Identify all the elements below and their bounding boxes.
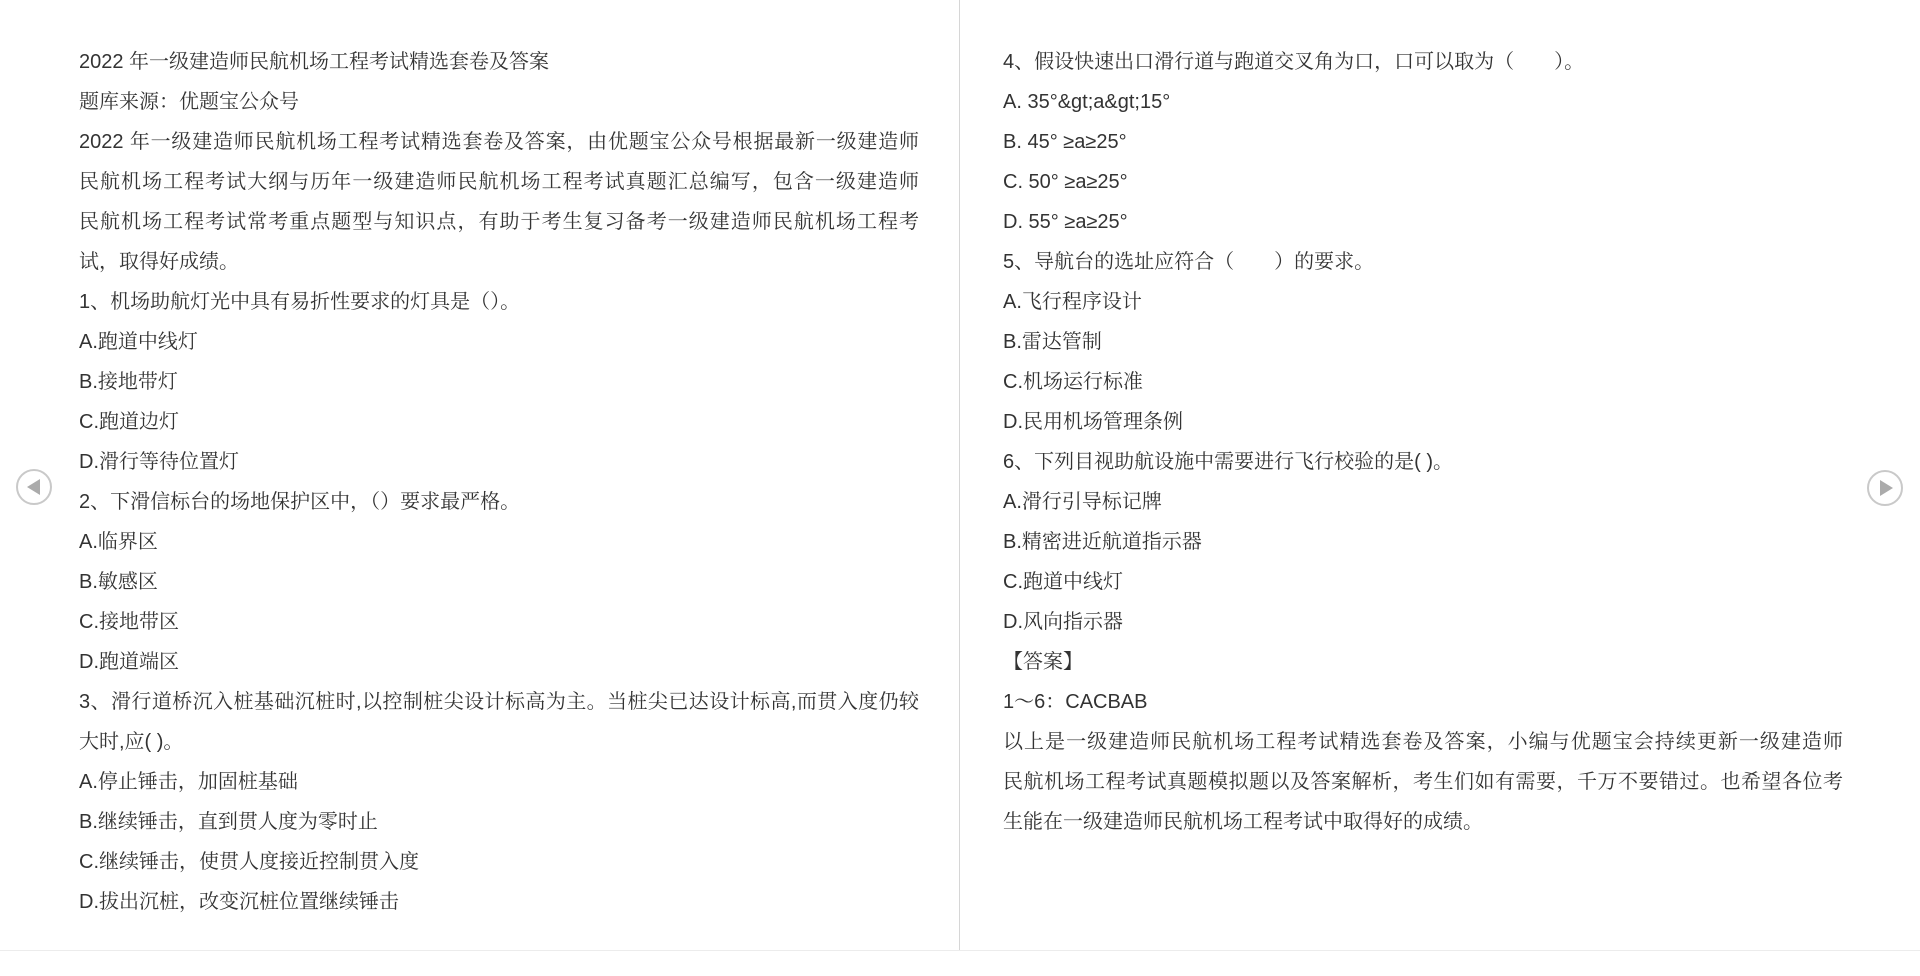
question-6-stem: 6、下列目视助航设施中需要进行飞行校验的是( )。 (1003, 442, 1843, 482)
question-2: 2、下滑信标台的场地保护区中，（）要求最严格。 A.临界区 B.敏感区 C.接地… (79, 482, 919, 682)
next-page-button[interactable] (1867, 470, 1903, 506)
question-1: 1、机场助航灯光中具有易折性要求的灯具是（）。 A.跑道中线灯 B.接地带灯 C… (79, 282, 919, 482)
question-4-option-a: A. 35°&gt;a&gt;15° (1003, 82, 1843, 122)
closing-line: 以上是一级建造师民航机场工程考试精选套卷及答案，小编与优题宝会持续更新一级建造师 (1003, 722, 1843, 762)
closing-line: 生能在一级建造师民航机场工程考试中取得好的成绩。 (1003, 802, 1843, 842)
page-bottom-border (0, 950, 1920, 951)
right-column: 4、假设快速出口滑行道与跑道交叉角为口，口可以取为（ ）。 A. 35°&gt;… (1003, 42, 1843, 842)
intro-line: 2022 年一级建造师民航机场工程考试精选套卷及答案，由优题宝公众号根据最新一级… (79, 122, 919, 162)
closing-line: 民航机场工程考试真题模拟题以及答案解析，考生们如有需要，千万不要错过。也希望各位… (1003, 762, 1843, 802)
question-6-option-c: C.跑道中线灯 (1003, 562, 1843, 602)
question-3-stem-line: 大时,应( )。 (79, 722, 919, 762)
question-2-option-b: B.敏感区 (79, 562, 919, 602)
question-3-option-c: C.继续锤击，使贯人度接近控制贯入度 (79, 842, 919, 882)
question-2-option-a: A.临界区 (79, 522, 919, 562)
question-2-stem: 2、下滑信标台的场地保护区中，（）要求最严格。 (79, 482, 919, 522)
left-triangle-icon (27, 479, 40, 495)
answers-section: 【答案】 1～6：CACBAB (1003, 642, 1843, 722)
source-line: 题库来源：优题宝公众号 (79, 82, 919, 122)
question-5-option-c: C.机场运行标准 (1003, 362, 1843, 402)
left-column: 2022 年一级建造师民航机场工程考试精选套卷及答案 题库来源：优题宝公众号 2… (79, 42, 919, 922)
question-1-option-a: A.跑道中线灯 (79, 322, 919, 362)
question-2-option-d: D.跑道端区 (79, 642, 919, 682)
question-4-option-b: B. 45° ≥a≥25° (1003, 122, 1843, 162)
question-3: 3、滑行道桥沉入桩基础沉桩时,以控制桩尖设计标高为主。当桩尖已达设计标高,而贯入… (79, 682, 919, 922)
question-3-stem-line: 3、滑行道桥沉入桩基础沉桩时,以控制桩尖设计标高为主。当桩尖已达设计标高,而贯入… (79, 682, 919, 722)
question-5-option-a: A.飞行程序设计 (1003, 282, 1843, 322)
answer-key: 1～6：CACBAB (1003, 682, 1843, 722)
document-page: 2022 年一级建造师民航机场工程考试精选套卷及答案 题库来源：优题宝公众号 2… (0, 0, 1920, 976)
question-3-option-a: A.停止锤击，加固桩基础 (79, 762, 919, 802)
question-5-option-b: B.雷达管制 (1003, 322, 1843, 362)
intro-line: 民航机场工程考试常考重点题型与知识点，有助于考生复习备考一级建造师民航机场工程考 (79, 202, 919, 242)
question-4-option-d: D. 55° ≥a≥25° (1003, 202, 1843, 242)
closing-paragraph: 以上是一级建造师民航机场工程考试精选套卷及答案，小编与优题宝会持续更新一级建造师… (1003, 722, 1843, 842)
question-4-stem: 4、假设快速出口滑行道与跑道交叉角为口，口可以取为（ ）。 (1003, 42, 1843, 82)
question-3-option-d: D.拔出沉桩，改变沉桩位置继续锤击 (79, 882, 919, 922)
question-5-stem: 5、导航台的选址应符合（ ）的要求。 (1003, 242, 1843, 282)
document-title: 2022 年一级建造师民航机场工程考试精选套卷及答案 (79, 42, 919, 82)
question-6-option-a: A.滑行引导标记牌 (1003, 482, 1843, 522)
question-3-option-b: B.继续锤击，直到贯人度为零时止 (79, 802, 919, 842)
intro-paragraph: 2022 年一级建造师民航机场工程考试精选套卷及答案，由优题宝公众号根据最新一级… (79, 122, 919, 282)
question-5-option-d: D.民用机场管理条例 (1003, 402, 1843, 442)
column-divider (959, 0, 960, 950)
intro-line: 民航机场工程考试大纲与历年一级建造师民航机场工程考试真题汇总编写，包含一级建造师 (79, 162, 919, 202)
intro-line: 试，取得好成绩。 (79, 242, 919, 282)
question-1-option-c: C.跑道边灯 (79, 402, 919, 442)
question-5: 5、导航台的选址应符合（ ）的要求。 A.飞行程序设计 B.雷达管制 C.机场运… (1003, 242, 1843, 442)
question-6-option-b: B.精密进近航道指示器 (1003, 522, 1843, 562)
question-1-option-d: D.滑行等待位置灯 (79, 442, 919, 482)
right-triangle-icon (1880, 480, 1893, 496)
question-6: 6、下列目视助航设施中需要进行飞行校验的是( )。 A.滑行引导标记牌 B.精密… (1003, 442, 1843, 642)
prev-page-button[interactable] (16, 469, 52, 505)
question-4: 4、假设快速出口滑行道与跑道交叉角为口，口可以取为（ ）。 A. 35°&gt;… (1003, 42, 1843, 242)
question-2-option-c: C.接地带区 (79, 602, 919, 642)
question-4-option-c: C. 50° ≥a≥25° (1003, 162, 1843, 202)
question-6-option-d: D.风向指示器 (1003, 602, 1843, 642)
question-1-option-b: B.接地带灯 (79, 362, 919, 402)
question-1-stem: 1、机场助航灯光中具有易折性要求的灯具是（）。 (79, 282, 919, 322)
answers-heading: 【答案】 (1003, 642, 1843, 682)
